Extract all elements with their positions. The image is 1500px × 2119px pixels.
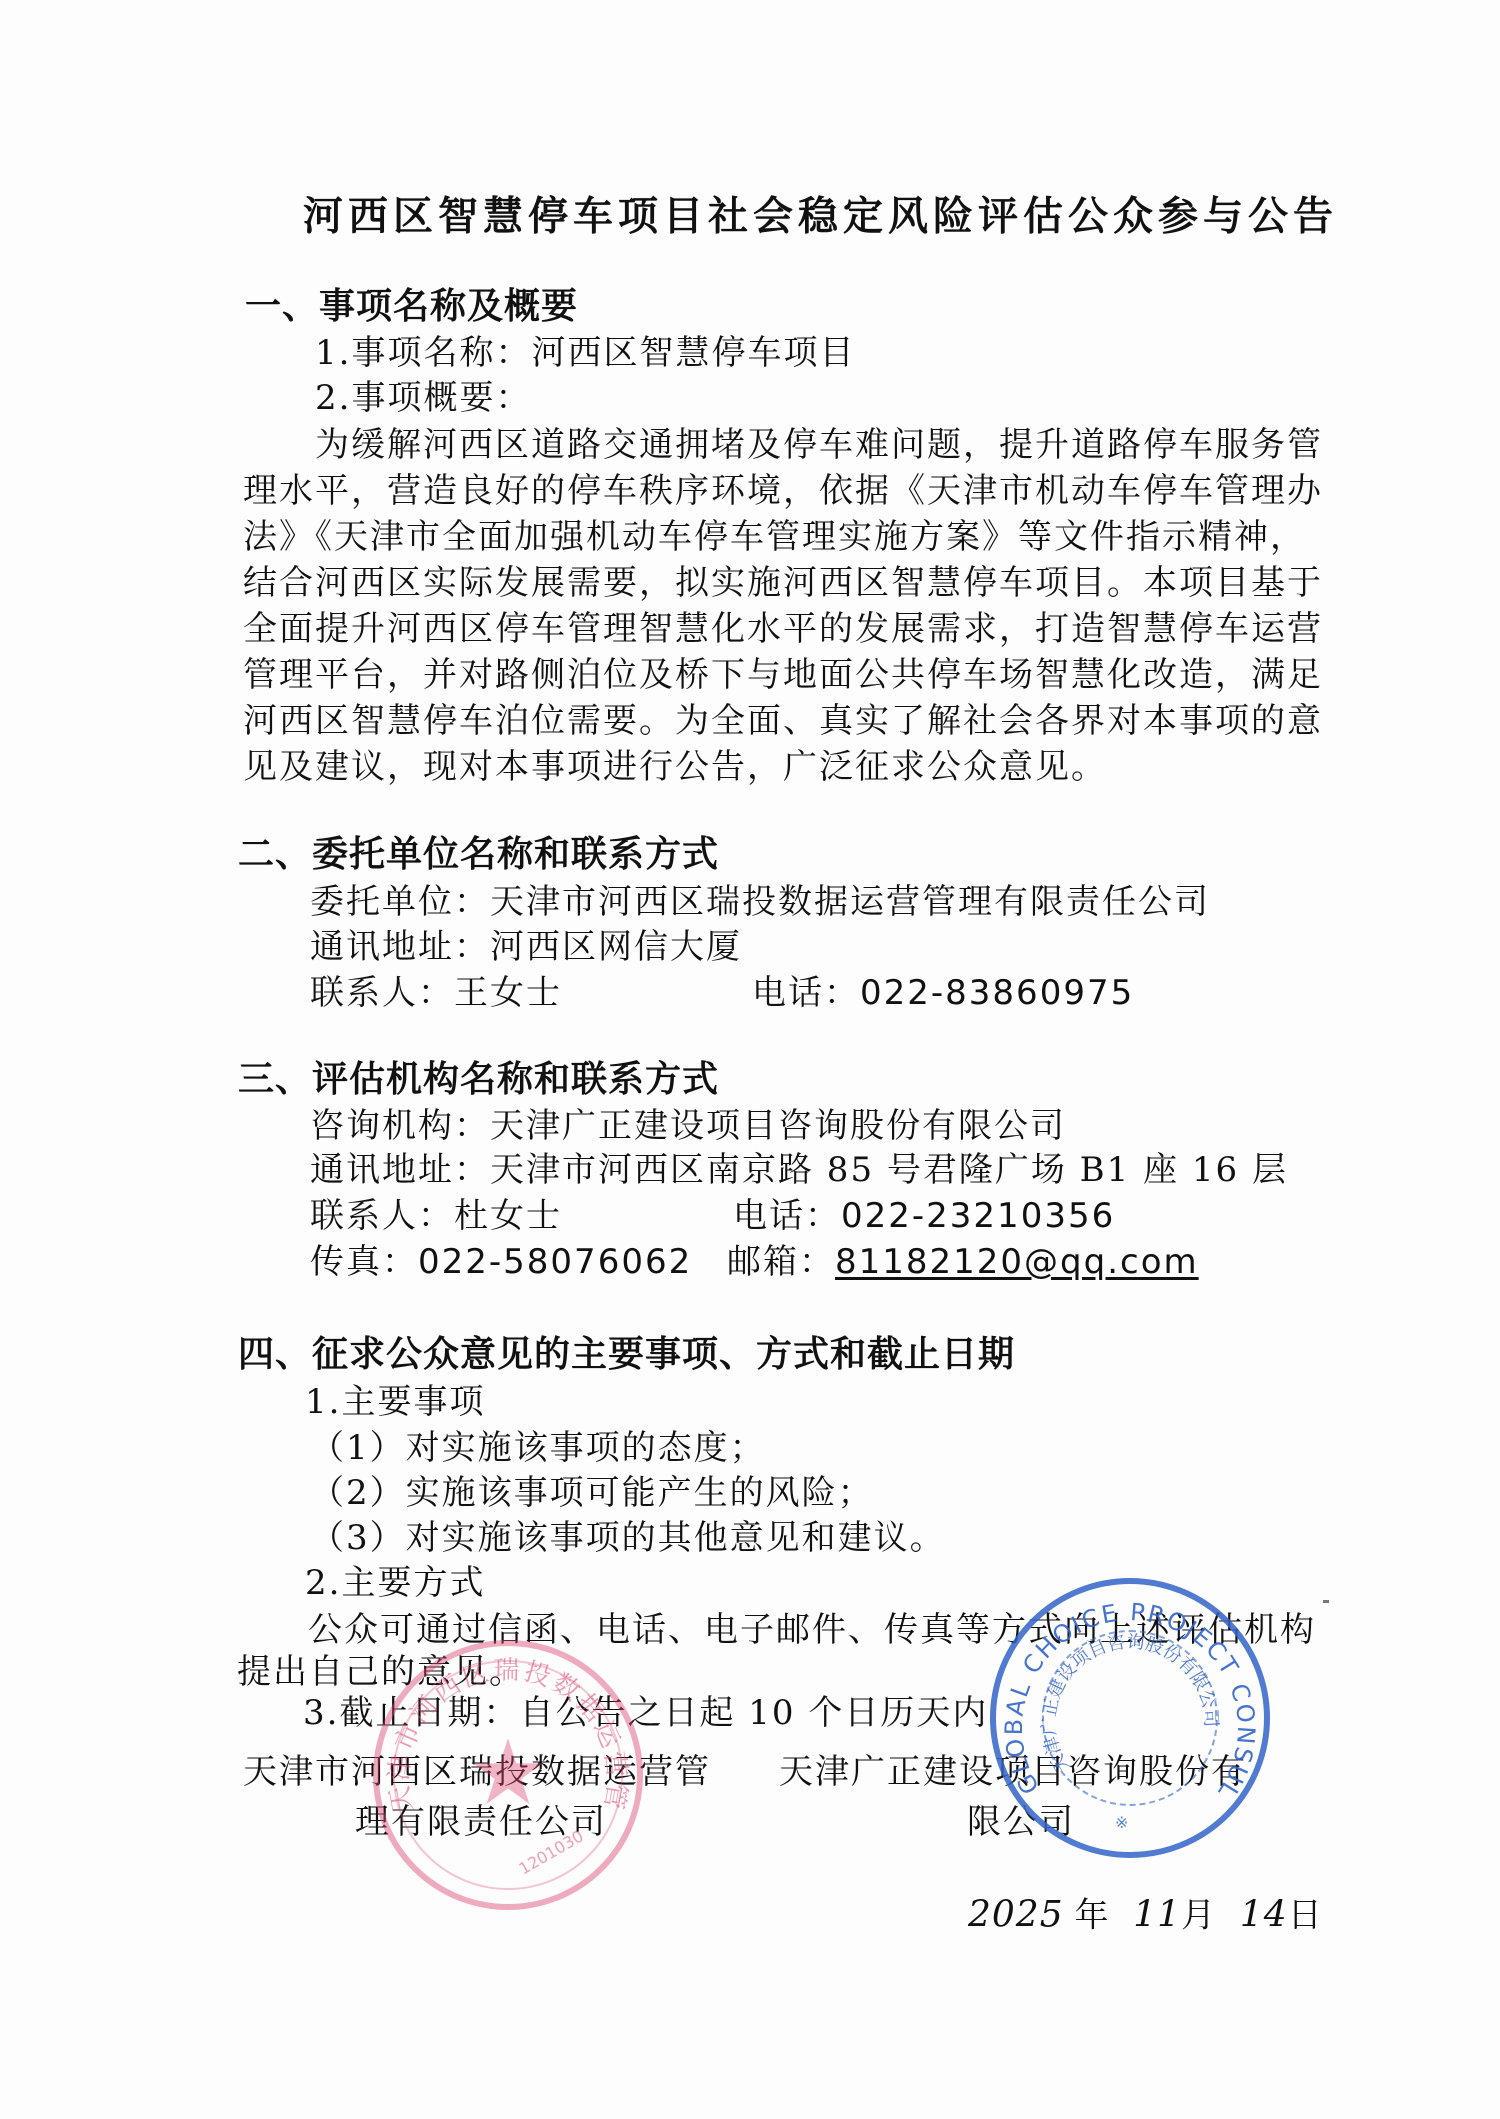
svg-text:※: ※ [1115,1813,1128,1832]
method-line: 公众可通过信函、电话、电子邮件、传真等方式向上述评估机构 [308,1613,1316,1647]
agency-phone-row: 电话：022-23210356 [733,1199,1115,1233]
matter-item: （1）对实施该事项的态度； [310,1431,766,1465]
section-2-heading: 二、委托单位名称和联系方式 [238,837,719,873]
signature-left-line1: 天津市河西区瑞投数据运营管 [243,1755,711,1789]
date-month: 11 [1133,1895,1181,1936]
agency-label: 咨询机构： [310,1106,490,1146]
entrusting-unit-label: 委托单位： [310,882,490,922]
paragraph-line: 法》《天津市全面加强机动车停车管理实施方案》等文件指示精神， [243,520,1306,554]
entrusting-unit-row: 委托单位：天津市河西区瑞投数据运营管理有限责任公司 [310,885,1210,919]
fax-value: 022-58076062 [418,1242,692,1282]
document-page: 河西区智慧停车项目社会稳定风险评估公众参与公告 一、事项名称及概要 1.事项名称… [0,0,1500,2119]
scan-mark [1323,1600,1329,1603]
main-matters-label: 1.主要事项 [305,1385,485,1419]
contact-label: 联系人： [310,973,454,1013]
fax-label: 传真： [310,1242,418,1282]
entrusting-address-row: 通讯地址：河西区网信大厦 [310,930,742,964]
paragraph-line: 全面提升河西区停车管理智慧化水平的发展需求，打造智慧停车运营 [243,612,1323,646]
phone-value: 022-83860975 [860,973,1134,1013]
entrusting-phone-row: 电话：022-83860975 [752,976,1134,1010]
phone-label: 电话： [752,973,860,1013]
section-4-heading: 四、征求公众意见的主要事项、方式和截止日期 [238,1337,1015,1373]
deadline-line: 3.截止日期：自公告之日起 10 个日历天内 [303,1696,988,1730]
paragraph-line: 见及建议，现对本事项进行公告，广泛征求公众意见。 [243,750,1107,784]
date-day-unit: 日 [1288,1896,1322,1936]
address-label: 通讯地址： [310,1150,490,1190]
agency-contact-row: 联系人：杜女士 [310,1199,562,1233]
paragraph-line: 为缓解河西区道路交通拥堵及停车难问题，提升道路停车服务管 [315,428,1323,462]
date-day: 14 [1240,1895,1288,1936]
section-3-heading: 三、评估机构名称和联系方式 [238,1062,719,1098]
paragraph-line: 理水平，营造良好的停车秩序环境，依据《天津市机动车停车管理办 [243,474,1323,508]
signature-right-line1: 天津广正建设项目咨询股份有 [779,1755,1247,1789]
phone-label: 电话： [733,1196,841,1236]
phone-value: 022-23210356 [841,1196,1115,1236]
agency-email-row: 邮箱：81182120@qq.com [727,1245,1199,1279]
entrusting-contact-row: 联系人：王女士 [310,976,562,1010]
agency-address-row: 通讯地址：天津市河西区南京路 85 号君隆广场 B1 座 16 层 [310,1153,1288,1187]
entrusting-unit-value: 天津市河西区瑞投数据运营管理有限责任公司 [490,882,1210,922]
agency-row: 咨询机构：天津广正建设项目咨询股份有限公司 [310,1109,1066,1143]
contact-label: 联系人： [310,1196,454,1236]
address-label: 通讯地址： [310,927,490,967]
address-value: 天津市河西区南京路 85 号君隆广场 B1 座 16 层 [490,1150,1288,1190]
signature-date: 2025 年 11月 14日 [968,1888,1322,1937]
method-line: 提出自己的意见。 [237,1655,525,1689]
agency-value: 天津广正建设项目咨询股份有限公司 [490,1106,1066,1146]
date-month-unit: 月 [1181,1896,1215,1936]
email-label: 邮箱： [727,1242,835,1282]
date-year: 2025 [968,1895,1064,1936]
paragraph-line: 结合河西区实际发展需要，拟实施河西区智慧停车项目。本项目基于 [243,566,1323,600]
email-link[interactable]: 81182120@qq.com [835,1242,1199,1282]
paragraph-line: 河西区智慧停车泊位需要。为全面、真实了解社会各界对本事项的意 [243,704,1323,738]
date-year-unit: 年 [1074,1896,1108,1936]
section-1-heading: 一、事项名称及概要 [245,289,578,325]
matter-item: （2）实施该事项可能产生的风险； [310,1476,874,1510]
document-title: 河西区智慧停车项目社会稳定风险评估公众参与公告 [303,185,1233,242]
address-value: 河西区网信大厦 [490,927,742,967]
item-name: 1.事项名称：河西区智慧停车项目 [315,336,855,370]
contact-value: 杜女士 [454,1196,562,1236]
item-summary-label: 2.事项概要： [315,381,531,415]
signature-right-line2: 限公司 [967,1805,1075,1839]
signature-left-line2: 理有限责任公司 [355,1805,607,1839]
contact-value: 王女士 [454,973,562,1013]
main-methods-label: 2.主要方式 [305,1566,485,1600]
paragraph-line: 管理平台，并对路侧泊位及桥下与地面公共停车场智慧化改造，满足 [243,658,1323,692]
agency-fax-row: 传真：022-58076062 [310,1245,692,1279]
matter-item: （3）对实施该事项的其他意见和建议。 [310,1521,946,1555]
